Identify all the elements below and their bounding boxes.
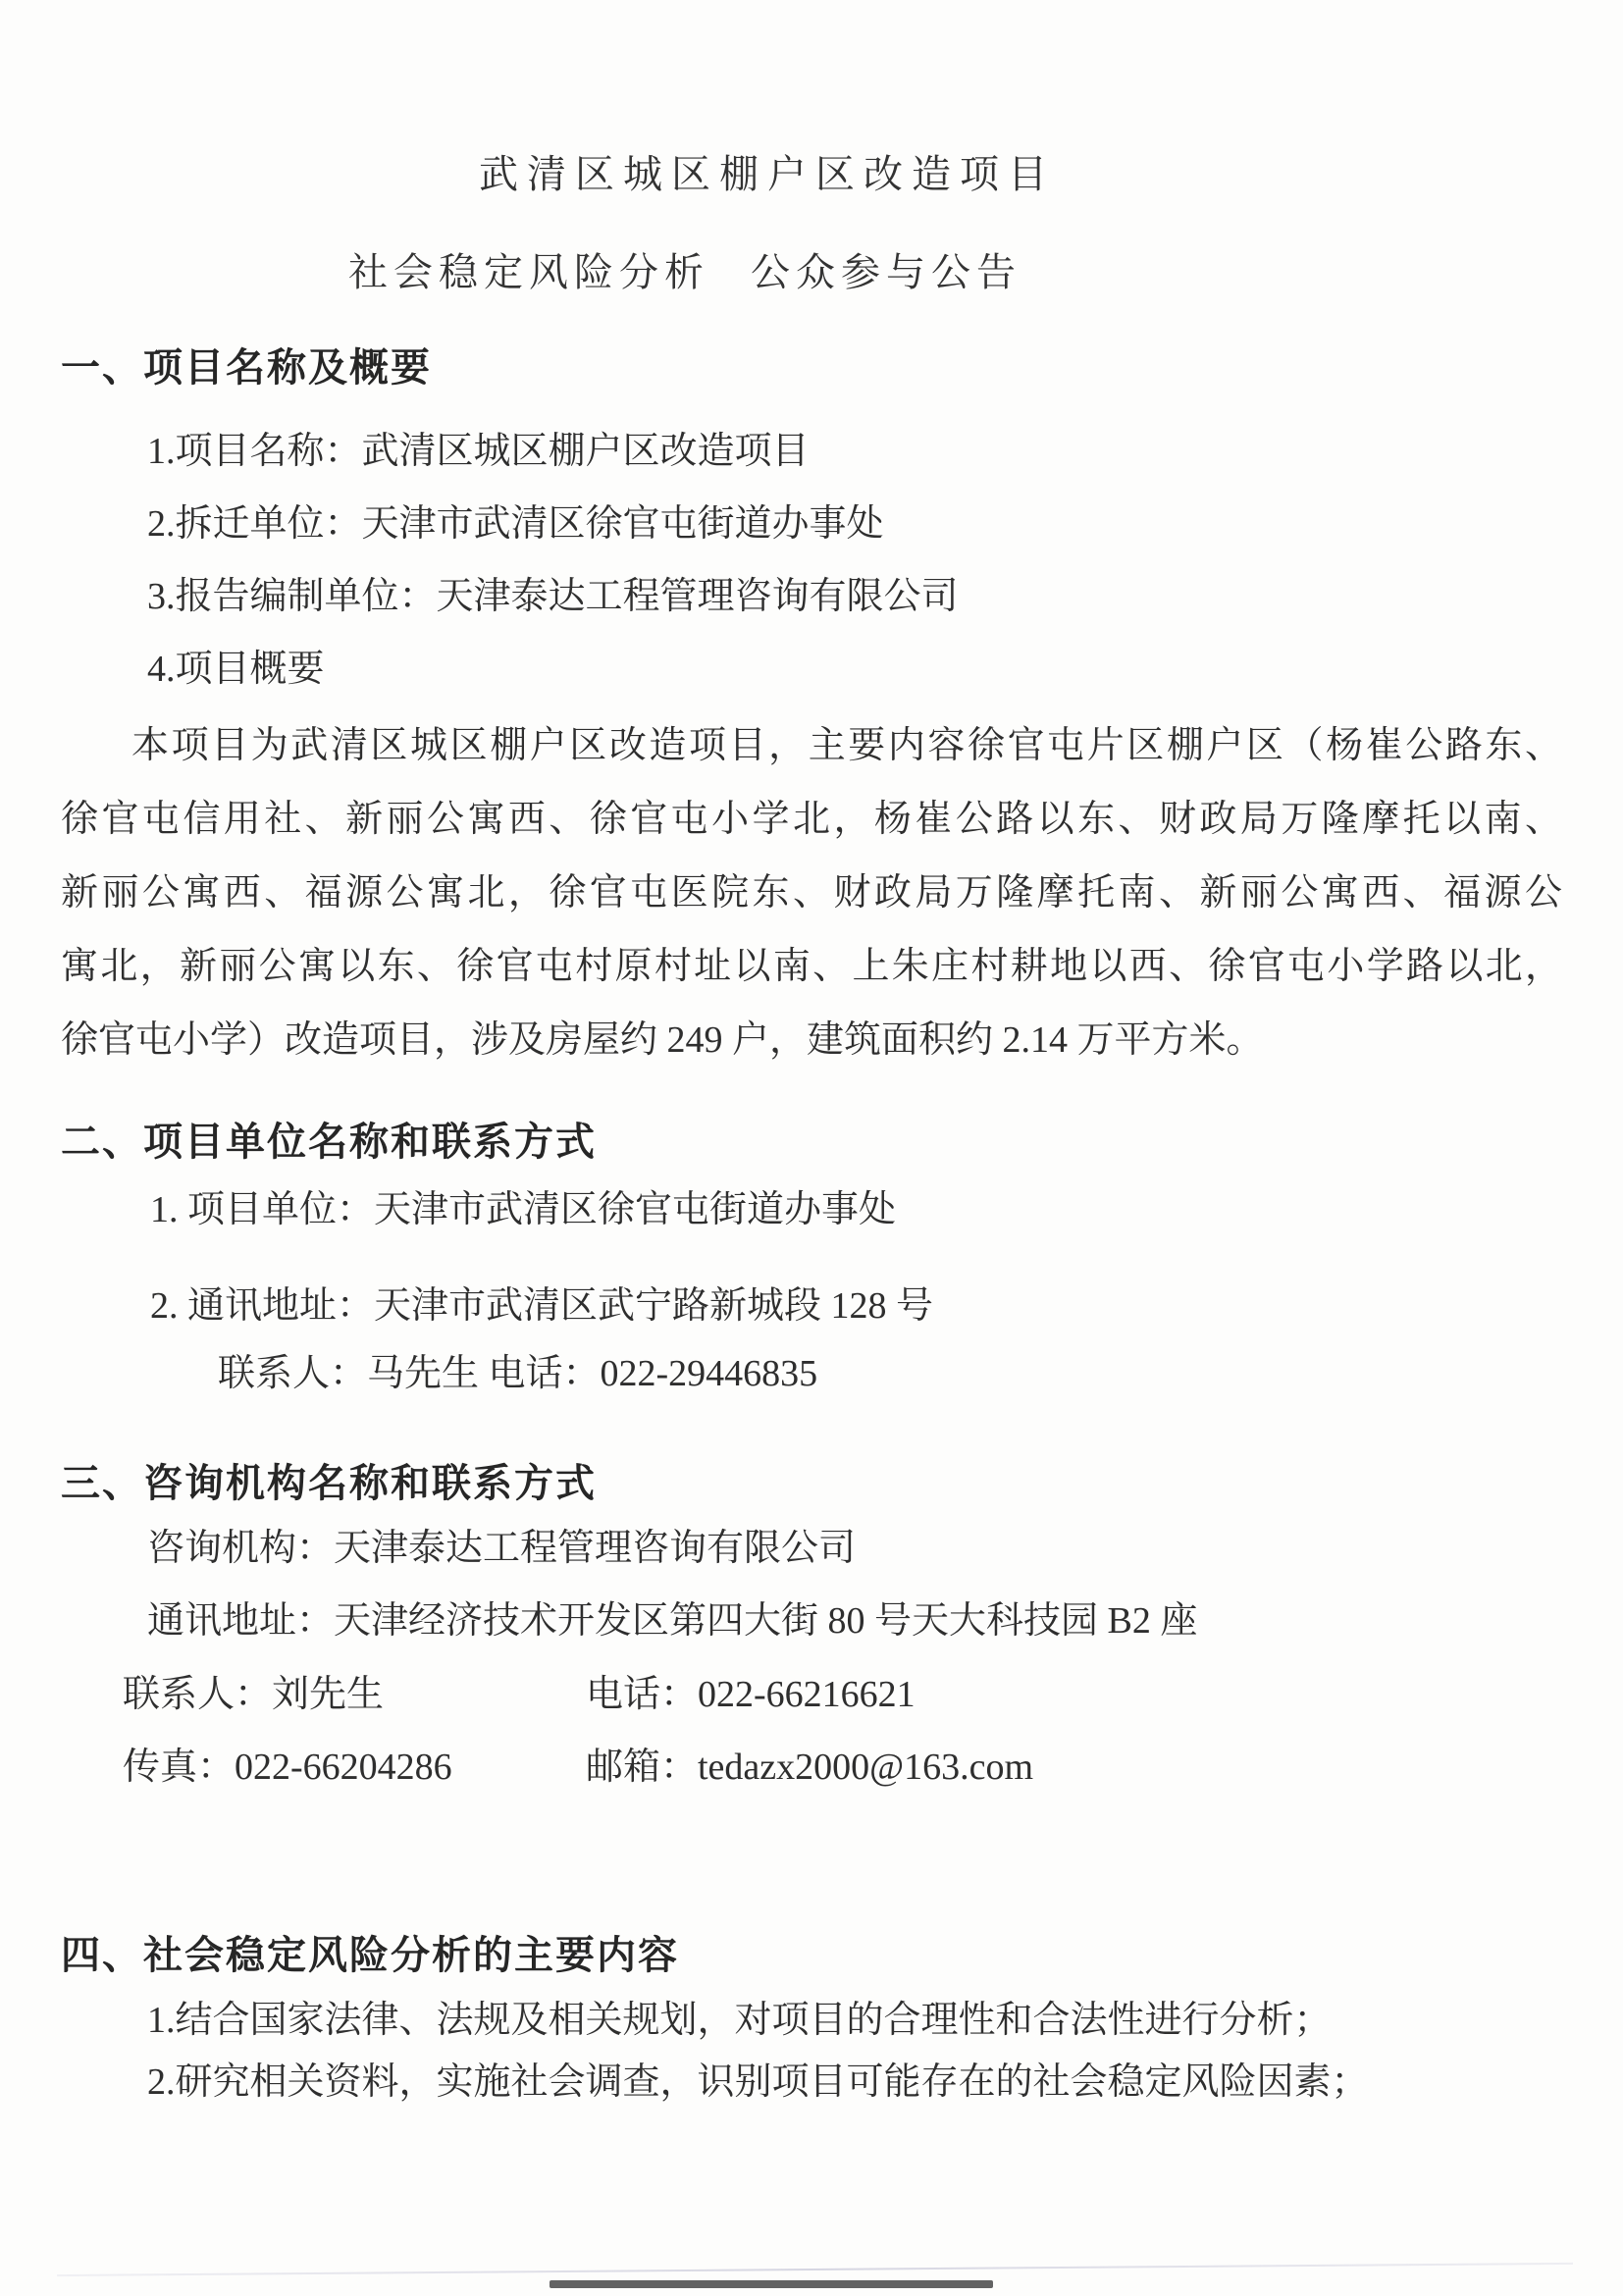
analysis-content-line: 1.结合国家法律、法规及相关规划，对项目的合理性和合法性进行分析； <box>147 1997 1332 2044</box>
section-1-heading: 一、项目名称及概要 <box>61 337 432 392</box>
summary-paragraph-line: 徐官屯小学）改造项目，涉及房屋约 249 户，建筑面积约 2.14 万平方米。 <box>61 1017 1562 1064</box>
scan-artifact-line <box>57 2263 1573 2276</box>
project-summary-label: 4.项目概要 <box>147 646 325 693</box>
doc-title: 武清区城区棚户区改造项目 <box>0 143 1535 199</box>
consulting-contact-row: 联系人：刘先生 电话：022-66216621 <box>123 1671 916 1718</box>
scanned-document-page: 武清区城区棚户区改造项目 社会稳定风险分析 公众参与公告 一、项目名称及概要 1… <box>0 0 1623 2296</box>
consulting-org-line: 咨询机构：天津泰达工程管理咨询有限公司 <box>147 1525 856 1572</box>
mailing-address-line: 2. 通讯地址：天津市武清区武宁路新城段 128 号 <box>150 1282 933 1330</box>
email-address: 邮箱：tedazx2000@163.com <box>586 1744 1033 1791</box>
summary-paragraph-line: 新丽公寓西、福源公寓北，徐官屯医院东、财政局万隆摩托南、新丽公寓西、福源公 <box>61 869 1562 916</box>
section-2-heading: 二、项目单位名称和联系方式 <box>61 1111 597 1167</box>
fax-number: 传真：022-66204286 <box>123 1744 586 1791</box>
contact-person: 联系人：刘先生 <box>123 1671 586 1718</box>
doc-subtitle: 社会稳定风险分析 公众参与公告 <box>0 241 1370 297</box>
section-4-heading: 四、社会稳定风险分析的主要内容 <box>61 1924 679 1980</box>
project-name-line: 1.项目名称：武清区城区棚户区改造项目 <box>147 428 810 475</box>
contact-phone-line: 联系人：马先生 电话：022-29446835 <box>218 1350 817 1397</box>
summary-paragraph-line: 徐官屯信用社、新丽公寓西、徐官屯小学北，杨崔公路以东、财政局万隆摩托以南、 <box>61 796 1562 843</box>
project-unit-line: 1. 项目单位：天津市武清区徐官屯街道办事处 <box>150 1186 896 1233</box>
report-unit-line: 3.报告编制单位：天津泰达工程管理咨询有限公司 <box>147 573 959 620</box>
analysis-content-line: 2.研究相关资料，实施社会调查，识别项目可能存在的社会稳定风险因素； <box>147 2059 1369 2106</box>
consulting-address-line: 通讯地址：天津经济技术开发区第四大街 80 号天大科技园 B2 座 <box>147 1597 1197 1644</box>
summary-paragraph-line: 本项目为武清区城区棚户区改造项目，主要内容徐官屯片区棚户区（杨崔公路东、 <box>61 722 1562 769</box>
consulting-fax-row: 传真：022-66204286 邮箱：tedazx2000@163.com <box>123 1744 1033 1791</box>
summary-paragraph-line: 寓北，新丽公寓以东、徐官屯村原村址以南、上朱庄村耕地以西、徐官屯小学路以北， <box>61 943 1562 990</box>
demolition-unit-line: 2.拆迁单位：天津市武清区徐官屯街道办事处 <box>147 500 884 548</box>
scan-artifact-bar <box>550 2280 993 2288</box>
section-3-heading: 三、咨询机构名称和联系方式 <box>61 1452 597 1508</box>
contact-telephone: 电话：022-66216621 <box>586 1671 916 1718</box>
